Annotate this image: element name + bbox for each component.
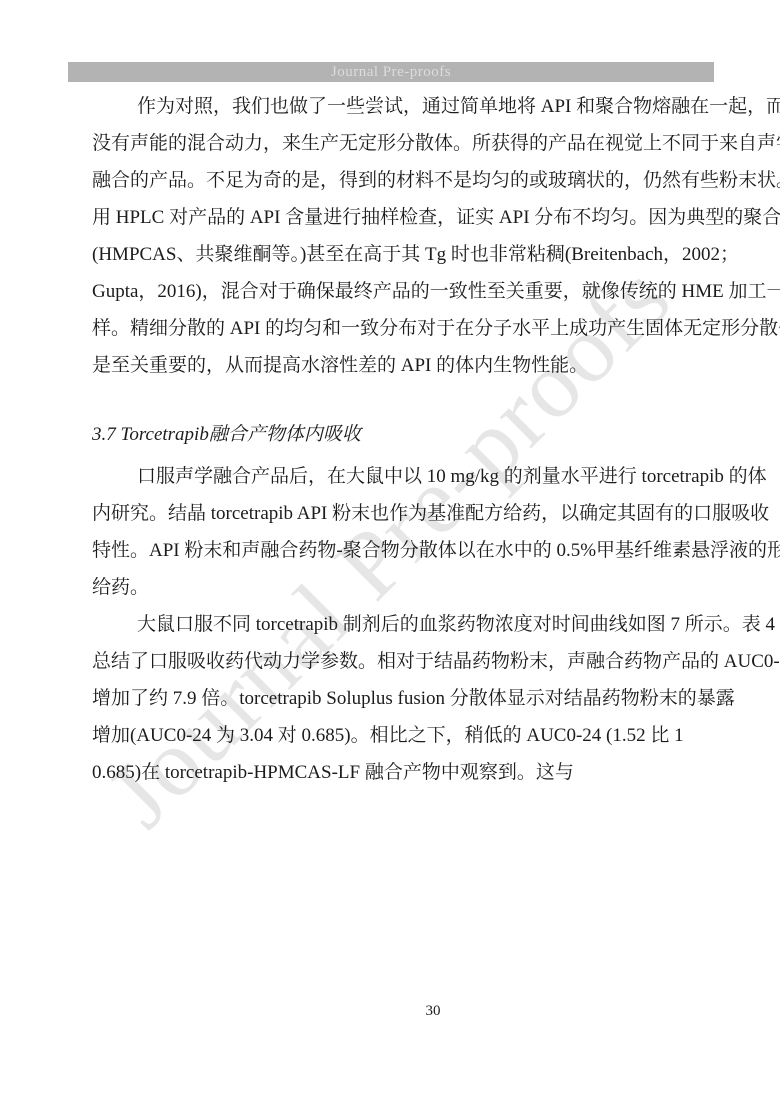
- journal-preproofs-banner: Journal Pre-proofs: [68, 62, 714, 82]
- section-heading: 3.7 Torcetrapib融合产物体内吸收: [92, 416, 700, 453]
- text-line: 0.685)在 torcetrapib-HPMCAS-LF 融合产物中观察到。这…: [92, 754, 700, 791]
- text-line: 内研究。结晶 torcetrapib API 粉末也作为基准配方给药，以确定其固…: [92, 495, 700, 532]
- text-line: 口服声学融合产品后，在大鼠中以 10 mg/kg 的剂量水平进行 torcetr…: [92, 458, 700, 495]
- text-line: 没有声能的混合动力，来生产无定形分散体。所获得的产品在视觉上不同于来自声学: [92, 125, 700, 162]
- text-line: Gupta，2016)，混合对于确保最终产品的一致性至关重要，就像传统的 HME…: [92, 273, 700, 310]
- text-line: 是至关重要的，从而提高水溶性差的 API 的体内生物性能。: [92, 347, 700, 384]
- text-line: (HMPCAS、共聚维酮等。)甚至在高于其 Tg 时也非常粘稠(Breitenb…: [92, 236, 700, 273]
- paragraph-1: 作为对照，我们也做了一些尝试，通过简单地将 API 和聚合物熔融在一起，而 没有…: [92, 88, 700, 384]
- page-number: 30: [43, 1000, 780, 1022]
- text-line: 增加了约 7.9 倍。torcetrapib Soluplus fusion 分…: [92, 680, 700, 717]
- text-line: 特性。API 粉末和声融合药物-聚合物分散体以在水中的 0.5%甲基纤维素悬浮液…: [92, 532, 700, 569]
- text-line: 用 HPLC 对产品的 API 含量进行抽样检查，证实 API 分布不均匀。因为…: [92, 199, 700, 236]
- document-body: 作为对照，我们也做了一些尝试，通过简单地将 API 和聚合物熔融在一起，而 没有…: [92, 88, 700, 791]
- text-line: 样。精细分散的 API 的均匀和一致分布对于在分子水平上成功产生固体无定形分散体: [92, 310, 700, 347]
- paragraph-3: 大鼠口服不同 torcetrapib 制剂后的血浆药物浓度对时间曲线如图 7 所…: [92, 606, 700, 791]
- text-line: 融合的产品。不足为奇的是，得到的材料不是均匀的或玻璃状的，仍然有些粉末状。: [92, 162, 700, 199]
- text-line: 作为对照，我们也做了一些尝试，通过简单地将 API 和聚合物熔融在一起，而: [92, 88, 700, 125]
- text-line: 大鼠口服不同 torcetrapib 制剂后的血浆药物浓度对时间曲线如图 7 所…: [92, 606, 700, 643]
- text-line: 总结了口服吸收药代动力学参数。相对于结晶药物粉末，声融合药物产品的 AUC0-2…: [92, 643, 700, 680]
- text-line: 给药。: [92, 569, 700, 606]
- banner-label: Journal Pre-proofs: [331, 64, 451, 80]
- text-line: 增加(AUC0-24 为 3.04 对 0.685)。相比之下，稍低的 AUC0…: [92, 717, 700, 754]
- paragraph-2: 口服声学融合产品后，在大鼠中以 10 mg/kg 的剂量水平进行 torcetr…: [92, 458, 700, 606]
